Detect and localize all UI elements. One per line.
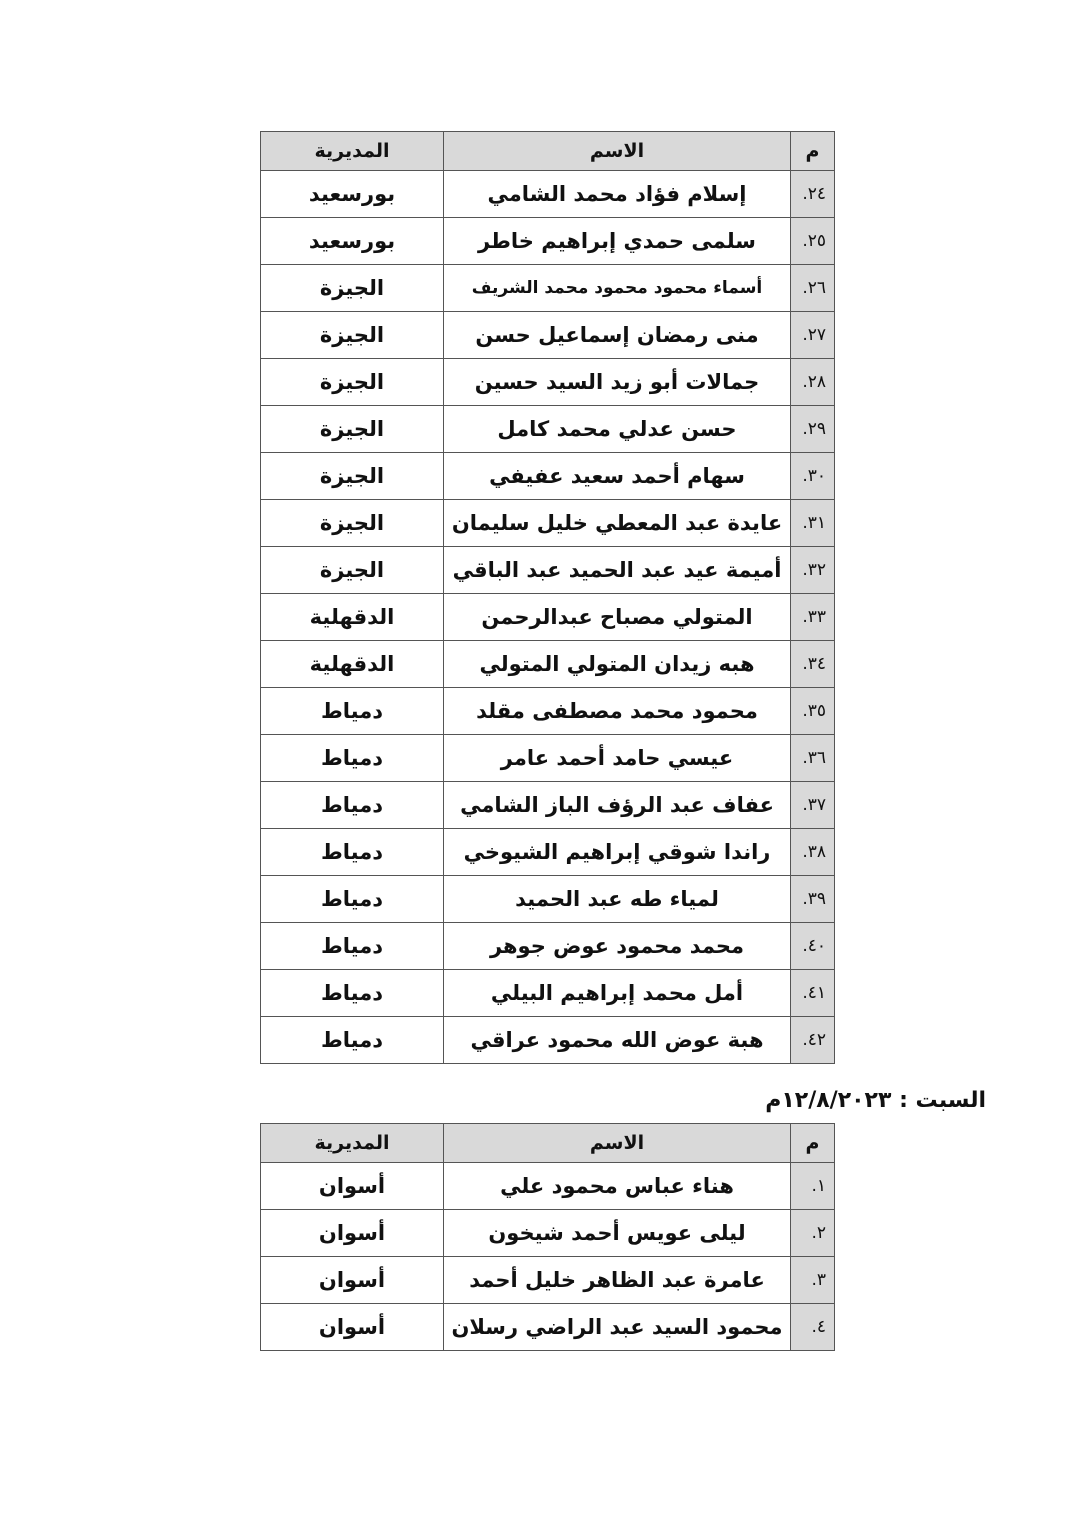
roster-table-2-body: ١.هناء عباس محمود عليأسوان٢.ليلى عويس أح…: [261, 1163, 835, 1351]
row-directorate: دمياط: [261, 970, 444, 1017]
table-row: ٣٤.هبه زيدان المتولي المتوليالدقهلية: [261, 641, 835, 688]
row-number: ٤٠.: [791, 923, 835, 970]
row-directorate: دمياط: [261, 829, 444, 876]
row-directorate: دمياط: [261, 876, 444, 923]
table-row: ٣١.عايدة عبد المعطي خليل سليمانالجيزة: [261, 500, 835, 547]
row-directorate: أسوان: [261, 1210, 444, 1257]
row-name: أسماء محمود محمود محمد الشريف: [444, 265, 791, 312]
row-number: ١.: [791, 1163, 835, 1210]
row-name: عفاف عبد الرؤف الباز الشامي: [444, 782, 791, 829]
row-directorate: الجيزة: [261, 500, 444, 547]
section-date-heading: السبت : ١٢/٨/٢٠٢٣م: [780, 1088, 986, 1113]
table-row: ٤٠.محمد محمود عوض جوهردمياط: [261, 923, 835, 970]
row-name: أميمة عيد عبد الحميد عبد الباقي: [444, 547, 791, 594]
table-row: ٣٢.أميمة عيد عبد الحميد عبد الباقيالجيزة: [261, 547, 835, 594]
row-name: سلمى حمدي إبراهيم خاطر: [444, 218, 791, 265]
column-header-name: الاسم: [444, 1124, 791, 1163]
row-directorate: بورسعيد: [261, 218, 444, 265]
row-name: محمد محمود عوض جوهر: [444, 923, 791, 970]
row-name: عيسي حامد أحمد عامر: [444, 735, 791, 782]
row-directorate: الجيزة: [261, 312, 444, 359]
row-number: ٣٦.: [791, 735, 835, 782]
row-directorate: دمياط: [261, 688, 444, 735]
table-row: ٤٢.هبة عوض الله محمود عراقيدمياط: [261, 1017, 835, 1064]
row-directorate: الجيزة: [261, 406, 444, 453]
row-name: حسن عدلي محمد كامل: [444, 406, 791, 453]
row-number: ٣٣.: [791, 594, 835, 641]
table-row: ٣٧.عفاف عبد الرؤف الباز الشاميدمياط: [261, 782, 835, 829]
row-number: ٣٥.: [791, 688, 835, 735]
row-directorate: أسوان: [261, 1257, 444, 1304]
row-directorate: الجيزة: [261, 359, 444, 406]
table-row: ٢٧.منى رمضان إسماعيل حسنالجيزة: [261, 312, 835, 359]
row-name: ليلى عويس أحمد شيخون: [444, 1210, 791, 1257]
table-row: ٢٤.إسلام فؤاد محمد الشاميبورسعيد: [261, 171, 835, 218]
table-row: ٢.ليلى عويس أحمد شيخونأسوان: [261, 1210, 835, 1257]
table-row: ٣.عامرة عبد الظاهر خليل أحمدأسوان: [261, 1257, 835, 1304]
row-name: جمالات أبو زيد السيد حسين: [444, 359, 791, 406]
row-number: ٣١.: [791, 500, 835, 547]
row-directorate: بورسعيد: [261, 171, 444, 218]
column-header-directorate: المديرية: [261, 1124, 444, 1163]
roster-table-1-body: ٢٤.إسلام فؤاد محمد الشاميبورسعيد٢٥.سلمى …: [261, 171, 835, 1064]
row-name: عامرة عبد الظاهر خليل أحمد: [444, 1257, 791, 1304]
row-number: ٢٦.: [791, 265, 835, 312]
column-header-name: الاسم: [444, 132, 791, 171]
row-name: هناء عباس محمود علي: [444, 1163, 791, 1210]
row-directorate: الدقهلية: [261, 641, 444, 688]
row-directorate: أسوان: [261, 1304, 444, 1351]
table-row: ٣٨.راندا شوقي إبراهيم الشيوخيدمياط: [261, 829, 835, 876]
table-row: ٢٨.جمالات أبو زيد السيد حسينالجيزة: [261, 359, 835, 406]
table-row: ١.هناء عباس محمود عليأسوان: [261, 1163, 835, 1210]
row-name: هبه زيدان المتولي المتولي: [444, 641, 791, 688]
row-directorate: الجيزة: [261, 453, 444, 500]
row-number: ٤٢.: [791, 1017, 835, 1064]
table-row: ٤١.أمل محمد إبراهيم البيليدمياط: [261, 970, 835, 1017]
row-directorate: دمياط: [261, 782, 444, 829]
table-row: ٣٠.سهام أحمد سعيد عفيفيالجيزة: [261, 453, 835, 500]
row-number: ٣٤.: [791, 641, 835, 688]
row-directorate: الجيزة: [261, 265, 444, 312]
row-number: ٣٨.: [791, 829, 835, 876]
table-row: ٢٩.حسن عدلي محمد كاملالجيزة: [261, 406, 835, 453]
table-header-row: م الاسم المديرية: [261, 132, 835, 171]
row-number: ٣٠.: [791, 453, 835, 500]
row-number: ٣٢.: [791, 547, 835, 594]
row-number: ٣.: [791, 1257, 835, 1304]
row-number: ٣٧.: [791, 782, 835, 829]
row-name: المتولي مصباح عبدالرحمن: [444, 594, 791, 641]
row-number: ٢٤.: [791, 171, 835, 218]
row-number: ٢٩.: [791, 406, 835, 453]
row-name: محمود محمد مصطفى مقلد: [444, 688, 791, 735]
row-name: عايدة عبد المعطي خليل سليمان: [444, 500, 791, 547]
table-row: ٤.محمود السيد عبد الراضي رسلانأسوان: [261, 1304, 835, 1351]
row-directorate: دمياط: [261, 923, 444, 970]
row-directorate: الجيزة: [261, 547, 444, 594]
row-name: أمل محمد إبراهيم البيلي: [444, 970, 791, 1017]
row-number: ٢٨.: [791, 359, 835, 406]
roster-table-2: م الاسم المديرية ١.هناء عباس محمود عليأس…: [260, 1123, 835, 1351]
row-number: ٢٥.: [791, 218, 835, 265]
row-directorate: دمياط: [261, 735, 444, 782]
row-number: ٣٩.: [791, 876, 835, 923]
row-name: منى رمضان إسماعيل حسن: [444, 312, 791, 359]
row-name: محمود السيد عبد الراضي رسلان: [444, 1304, 791, 1351]
column-header-num: م: [791, 1124, 835, 1163]
row-name: إسلام فؤاد محمد الشامي: [444, 171, 791, 218]
row-name: راندا شوقي إبراهيم الشيوخي: [444, 829, 791, 876]
row-number: ٤١.: [791, 970, 835, 1017]
table-header-row: م الاسم المديرية: [261, 1124, 835, 1163]
row-name: لمياء طه عبد الحميد: [444, 876, 791, 923]
row-directorate: دمياط: [261, 1017, 444, 1064]
table-row: ٣٥.محمود محمد مصطفى مقلددمياط: [261, 688, 835, 735]
row-name: سهام أحمد سعيد عفيفي: [444, 453, 791, 500]
row-directorate: أسوان: [261, 1163, 444, 1210]
roster-table-1: م الاسم المديرية ٢٤.إسلام فؤاد محمد الشا…: [260, 131, 835, 1064]
row-number: ٢.: [791, 1210, 835, 1257]
row-directorate: الدقهلية: [261, 594, 444, 641]
column-header-num: م: [791, 132, 835, 171]
table-row: ٣٣.المتولي مصباح عبدالرحمنالدقهلية: [261, 594, 835, 641]
row-name: هبة عوض الله محمود عراقي: [444, 1017, 791, 1064]
table-row: ٣٦.عيسي حامد أحمد عامردمياط: [261, 735, 835, 782]
column-header-directorate: المديرية: [261, 132, 444, 171]
table-row: ٢٥.سلمى حمدي إبراهيم خاطربورسعيد: [261, 218, 835, 265]
row-number: ٢٧.: [791, 312, 835, 359]
table-row: ٣٩.لمياء طه عبد الحميددمياط: [261, 876, 835, 923]
row-number: ٤.: [791, 1304, 835, 1351]
table-row: ٢٦.أسماء محمود محمود محمد الشريفالجيزة: [261, 265, 835, 312]
